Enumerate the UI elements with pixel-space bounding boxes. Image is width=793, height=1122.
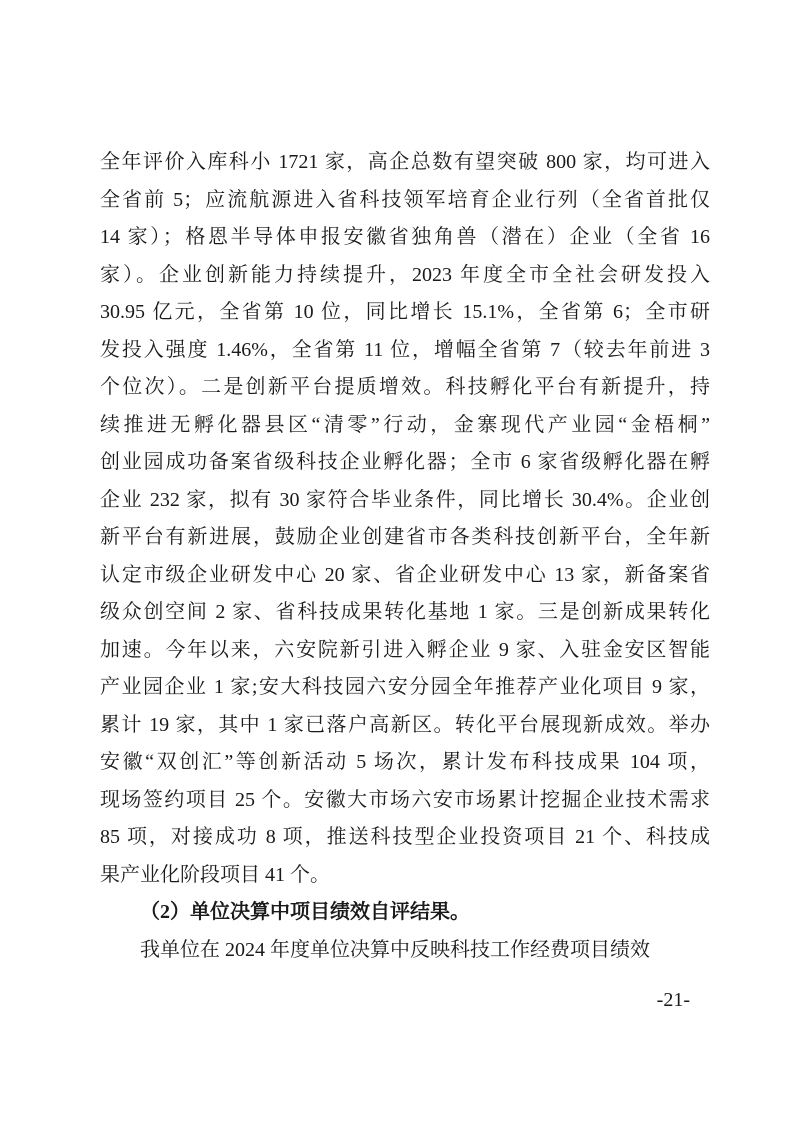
section-heading: （2）单位决算中项目绩效自评结果。 (100, 894, 710, 932)
page-number: -21- (657, 988, 690, 1012)
text-line: 续推进无孵化器县区“清零”行动，金寨现代产业园“金梧桐” (100, 407, 710, 445)
text-line: 产业园企业 1 家;安大科技园六安分园全年推荐产业化项目 9 家， (100, 669, 710, 707)
text-line: 创业园成功备案省级科技企业孵化器；全市 6 家省级孵化器在孵 (100, 444, 710, 482)
text-line: 发投入强度 1.46%，全省第 11 位，增幅全省第 7（较去年前进 3 (100, 332, 710, 370)
text-line: 级众创空间 2 家、省科技成果转化基地 1 家。三是创新成果转化 (100, 594, 710, 632)
document-body: 全年评价入库科小 1721 家，高企总数有望突破 800 家，均可进入全省前 5… (100, 144, 710, 969)
text-line: 85 项，对接成功 8 项，推送科技型企业投资项目 21 个、科技成 (100, 819, 710, 857)
document-page: 全年评价入库科小 1721 家，高企总数有望突破 800 家，均可进入全省前 5… (0, 0, 793, 1122)
text-line: 企业 232 家，拟有 30 家符合毕业条件，同比增长 30.4%。企业创 (100, 482, 710, 520)
text-line: 全省前 5；应流航源进入省科技领军培育企业行列（全省首批仅 (100, 182, 710, 220)
text-line: 加速。今年以来，六安院新引进入孵企业 9 家、入驻金安区智能 (100, 632, 710, 670)
text-line: 安徽“双创汇”等创新活动 5 场次，累计发布科技成果 104 项， (100, 744, 710, 782)
text-line: 现场签约项目 25 个。安徽大市场六安市场累计挖掘企业技术需求 (100, 782, 710, 820)
text-line: 认定市级企业研发中心 20 家、省企业研发中心 13 家，新备案省 (100, 557, 710, 595)
text-line: 30.95 亿元，全省第 10 位，同比增长 15.1%，全省第 6；全市研 (100, 294, 710, 332)
text-line: 累计 19 家，其中 1 家已落户高新区。转化平台展现新成效。举办 (100, 707, 710, 745)
text-line: 我单位在 2024 年度单位决算中反映科技工作经费项目绩效 (100, 932, 710, 970)
text-line: 新平台有新进展，鼓励企业创建省市各类科技创新平台，全年新 (100, 519, 710, 557)
text-line: 14 家）；格恩半导体申报安徽省独角兽（潜在）企业（全省 16 (100, 219, 710, 257)
text-line: 家）。企业创新能力持续提升，2023 年度全市全社会研发投入 (100, 257, 710, 295)
text-line: 果产业化阶段项目 41 个。 (100, 857, 710, 895)
text-line: 个位次）。二是创新平台提质增效。科技孵化平台有新提升，持 (100, 369, 710, 407)
text-line: 全年评价入库科小 1721 家，高企总数有望突破 800 家，均可进入 (100, 144, 710, 182)
